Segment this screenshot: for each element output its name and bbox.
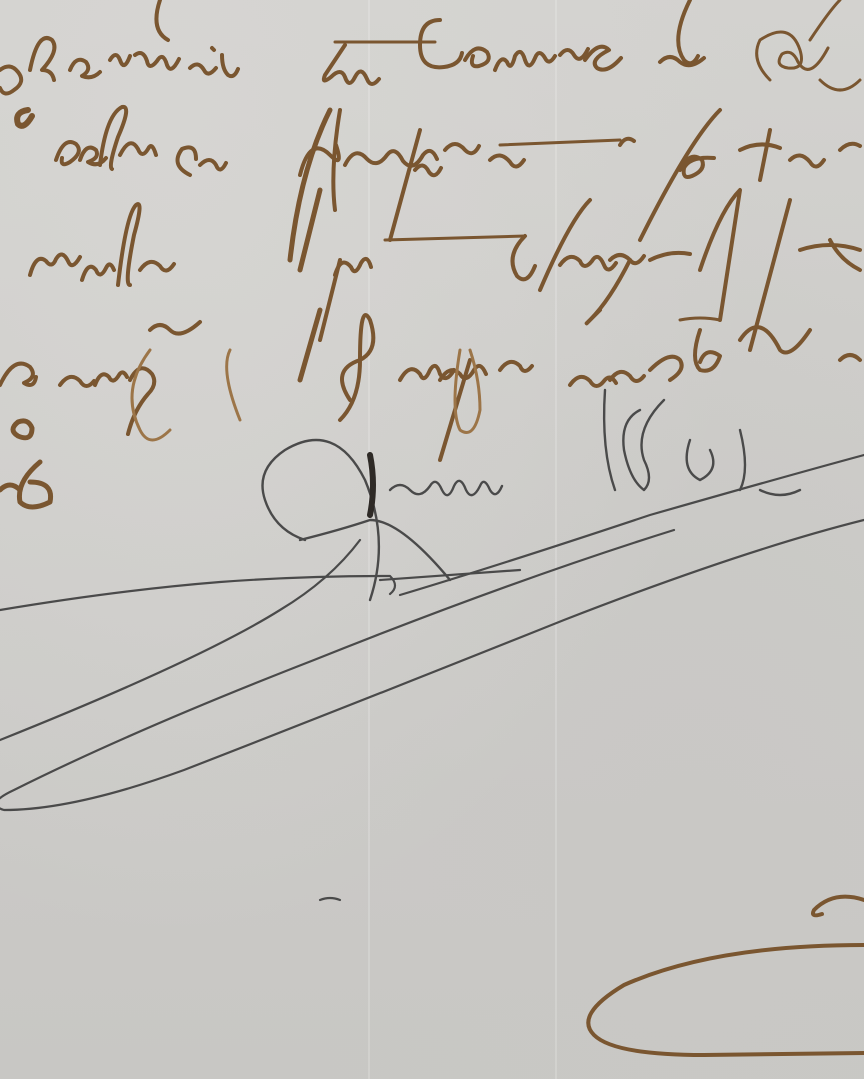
handwritten-line-1 <box>0 0 704 94</box>
handwriting-strokes <box>0 0 864 1079</box>
handwritten-line-5 <box>0 421 51 507</box>
rubrica-flourish <box>0 455 864 900</box>
handwritten-line-4 <box>0 310 860 460</box>
manuscript-page: …servir en la comarca de… …de la Serenís… <box>0 0 864 1079</box>
lower-right-flourish <box>588 897 864 1055</box>
